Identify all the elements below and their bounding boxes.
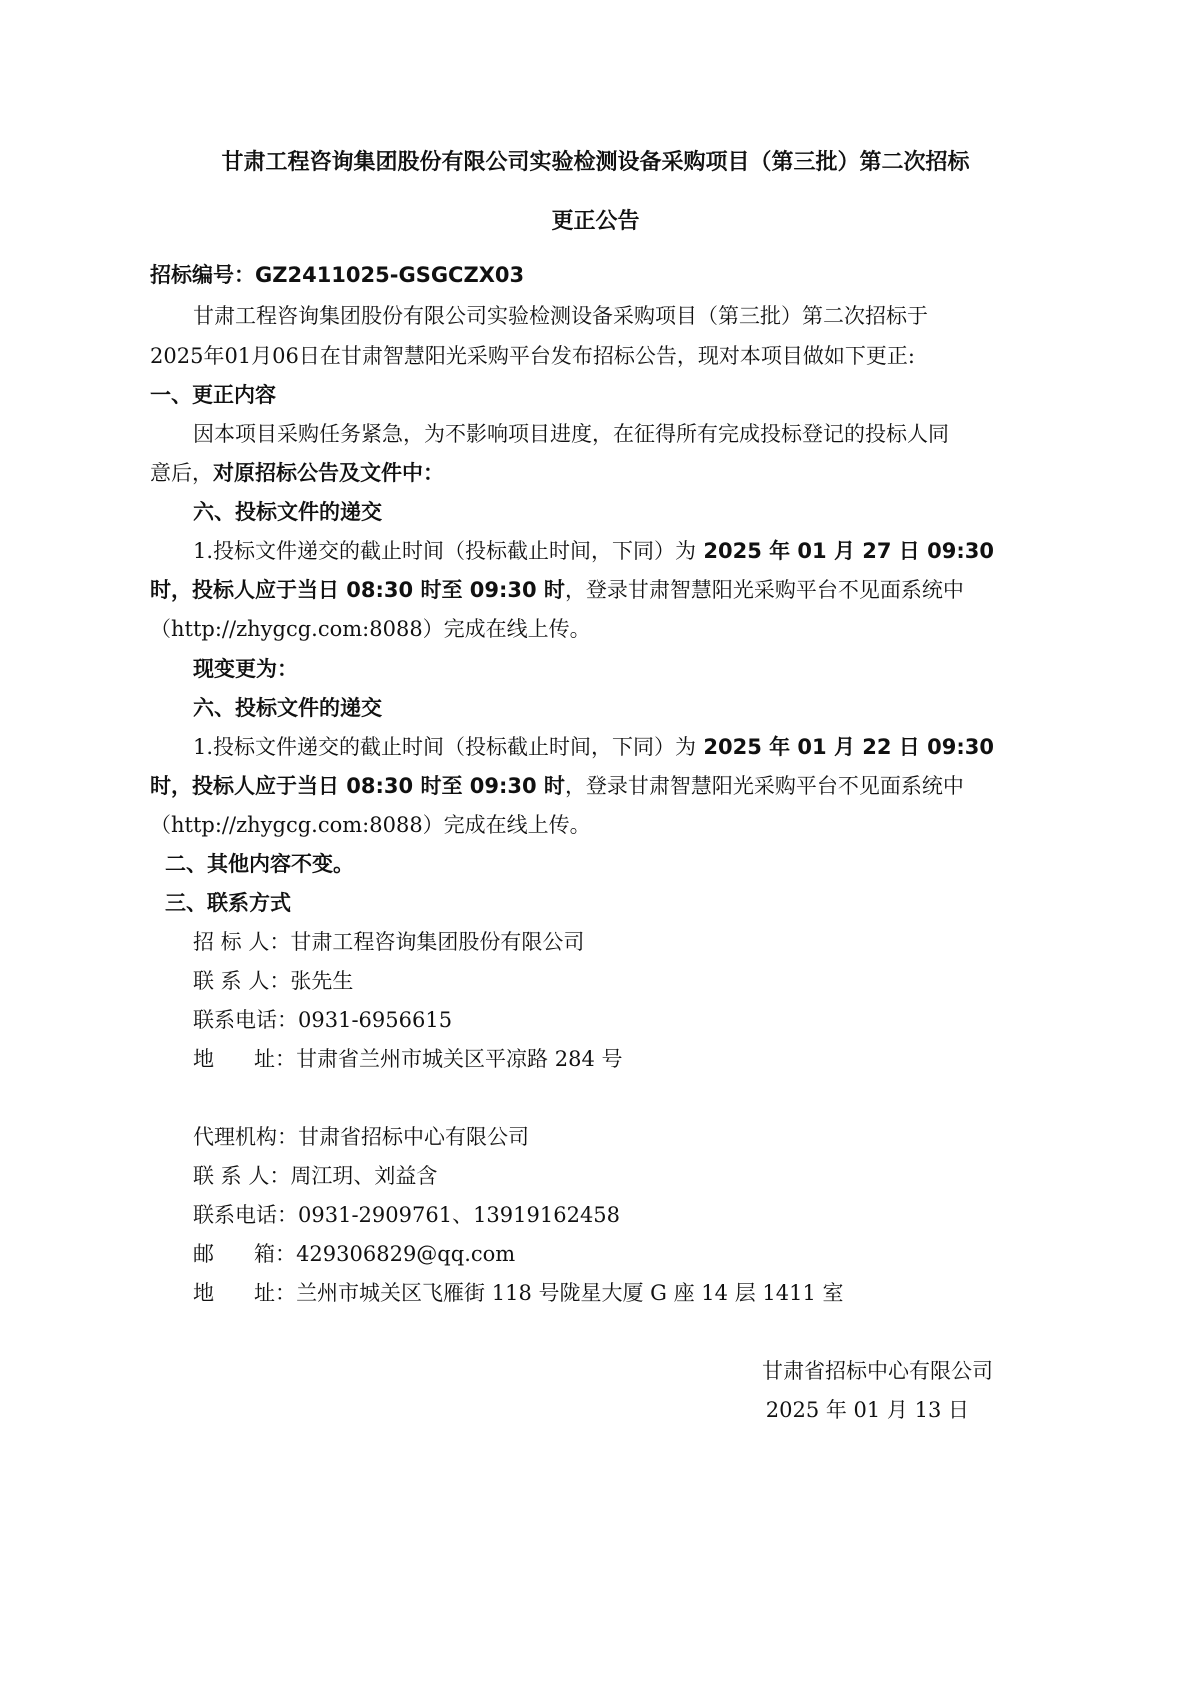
tenderer-value: 甘肃工程咨询集团股份有限公司 [290,930,584,954]
agency-phone-value: 0931-2909761、13919162458 [298,1203,620,1227]
tenderer-address-row: 地 址：甘肃省兰州市城关区平凉路 284 号 [193,1044,623,1074]
para-line2-normal: 意后， [150,461,213,485]
original-line2: 时，投标人应于当日 08:30 时至 09:30 时，登录甘肃智慧阳光采购平台不… [150,575,964,605]
revised-line3: （http://zhygcg.com:8088）完成在线上传。 [150,810,591,840]
section1-para-line1: 因本项目采购任务紧急，为不影响项目进度，在征得所有完成投标登记的投标人同 [193,419,949,449]
revised-line1-normal: 1.投标文件递交的截止时间（投标截止时间，下同）为 [193,735,696,759]
signature-date: 2025 年 01 月 13 日 [766,1395,969,1425]
document-title-line2: 更正公告 [0,207,1191,237]
para-line2-bold: 对原招标公告及文件中： [213,461,444,485]
original-line2-bold: 时，投标人应于当日 08:30 时至 09:30 时 [150,578,565,602]
original-line2-normal: ，登录甘肃智慧阳光采购平台不见面系统中 [565,578,964,602]
tenderer-address-label: 地 址： [193,1044,296,1074]
original-line1-normal: 1.投标文件递交的截止时间（投标截止时间，下同）为 [193,539,696,563]
revised-line2-normal: ，登录甘肃智慧阳光采购平台不见面系统中 [565,774,964,798]
revised-subheading: 六、投标文件的递交 [193,693,382,723]
section3-heading: 三、联系方式 [165,888,291,918]
intro-line1: 甘肃工程咨询集团股份有限公司实验检测设备采购项目（第三批）第二次招标于 [193,301,928,331]
changed-label: 现变更为： [193,654,298,684]
section1-para-line2: 意后，对原招标公告及文件中： [150,458,444,488]
tenderer-contact-row: 联 系 人：张先生 [193,966,353,996]
agency-address-value: 兰州市城关区飞雁街 118 号陇星大厦 G 座 14 层 1411 室 [296,1281,843,1305]
tenderer-contact-label: 联 系 人： [193,966,290,996]
agency-contact-row: 联 系 人：周江玥、刘益含 [193,1161,437,1191]
document-title-line1: 甘肃工程咨询集团股份有限公司实验检测设备采购项目（第三批）第二次招标 [0,148,1191,178]
original-line3: （http://zhygcg.com:8088）完成在线上传。 [150,614,591,644]
tenderer-phone-value: 0931-6956615 [298,1008,452,1032]
section2-heading: 二、其他内容不变。 [165,849,354,879]
tenderer-contact-value: 张先生 [290,969,353,993]
agency-label: 代理机构： [193,1122,298,1152]
bid-number-label: 招标编号： [150,263,255,287]
agency-email-label: 邮 箱： [193,1239,296,1269]
agency-phone-row: 联系电话：0931-2909761、13919162458 [193,1200,620,1230]
original-subheading: 六、投标文件的递交 [193,497,382,527]
tenderer-phone-row: 联系电话：0931-6956615 [193,1005,452,1035]
tenderer-address-value: 甘肃省兰州市城关区平凉路 284 号 [296,1047,622,1071]
agency-row: 代理机构：甘肃省招标中心有限公司 [193,1122,529,1152]
signature-org: 甘肃省招标中心有限公司 [762,1356,993,1386]
agency-contact-label: 联 系 人： [193,1161,290,1191]
bid-number: 招标编号：GZ2411025-GSGCZX03 [150,260,524,290]
revised-deadline: 2025 年 01 月 22 日 09:30 [696,735,994,759]
bid-number-value: GZ2411025-GSGCZX03 [255,263,524,287]
agency-phone-label: 联系电话： [193,1200,298,1230]
tenderer-label: 招 标 人： [193,927,290,957]
original-line1: 1.投标文件递交的截止时间（投标截止时间，下同）为 2025 年 01 月 27… [193,536,994,566]
revised-line1: 1.投标文件递交的截止时间（投标截止时间，下同）为 2025 年 01 月 22… [193,732,994,762]
agency-email-row: 邮 箱：429306829@qq.com [193,1239,515,1269]
agency-value: 甘肃省招标中心有限公司 [298,1125,529,1149]
intro-line2: 2025年01月06日在甘肃智慧阳光采购平台发布招标公告，现对本项目做如下更正: [150,341,915,371]
tenderer-row: 招 标 人：甘肃工程咨询集团股份有限公司 [193,927,584,957]
agency-address-label: 地 址： [193,1278,296,1308]
section1-heading: 一、更正内容 [150,380,276,410]
announcement-page: 甘肃工程咨询集团股份有限公司实验检测设备采购项目（第三批）第二次招标 更正公告 … [0,0,1191,1684]
tenderer-phone-label: 联系电话： [193,1005,298,1035]
revised-line2-bold: 时，投标人应于当日 08:30 时至 09:30 时 [150,774,565,798]
revised-line2: 时，投标人应于当日 08:30 时至 09:30 时，登录甘肃智慧阳光采购平台不… [150,771,964,801]
original-deadline: 2025 年 01 月 27 日 09:30 [696,539,994,563]
agency-contact-value: 周江玥、刘益含 [290,1164,437,1188]
agency-address-row: 地 址：兰州市城关区飞雁街 118 号陇星大厦 G 座 14 层 1411 室 [193,1278,844,1308]
agency-email-value[interactable]: 429306829@qq.com [296,1242,515,1266]
